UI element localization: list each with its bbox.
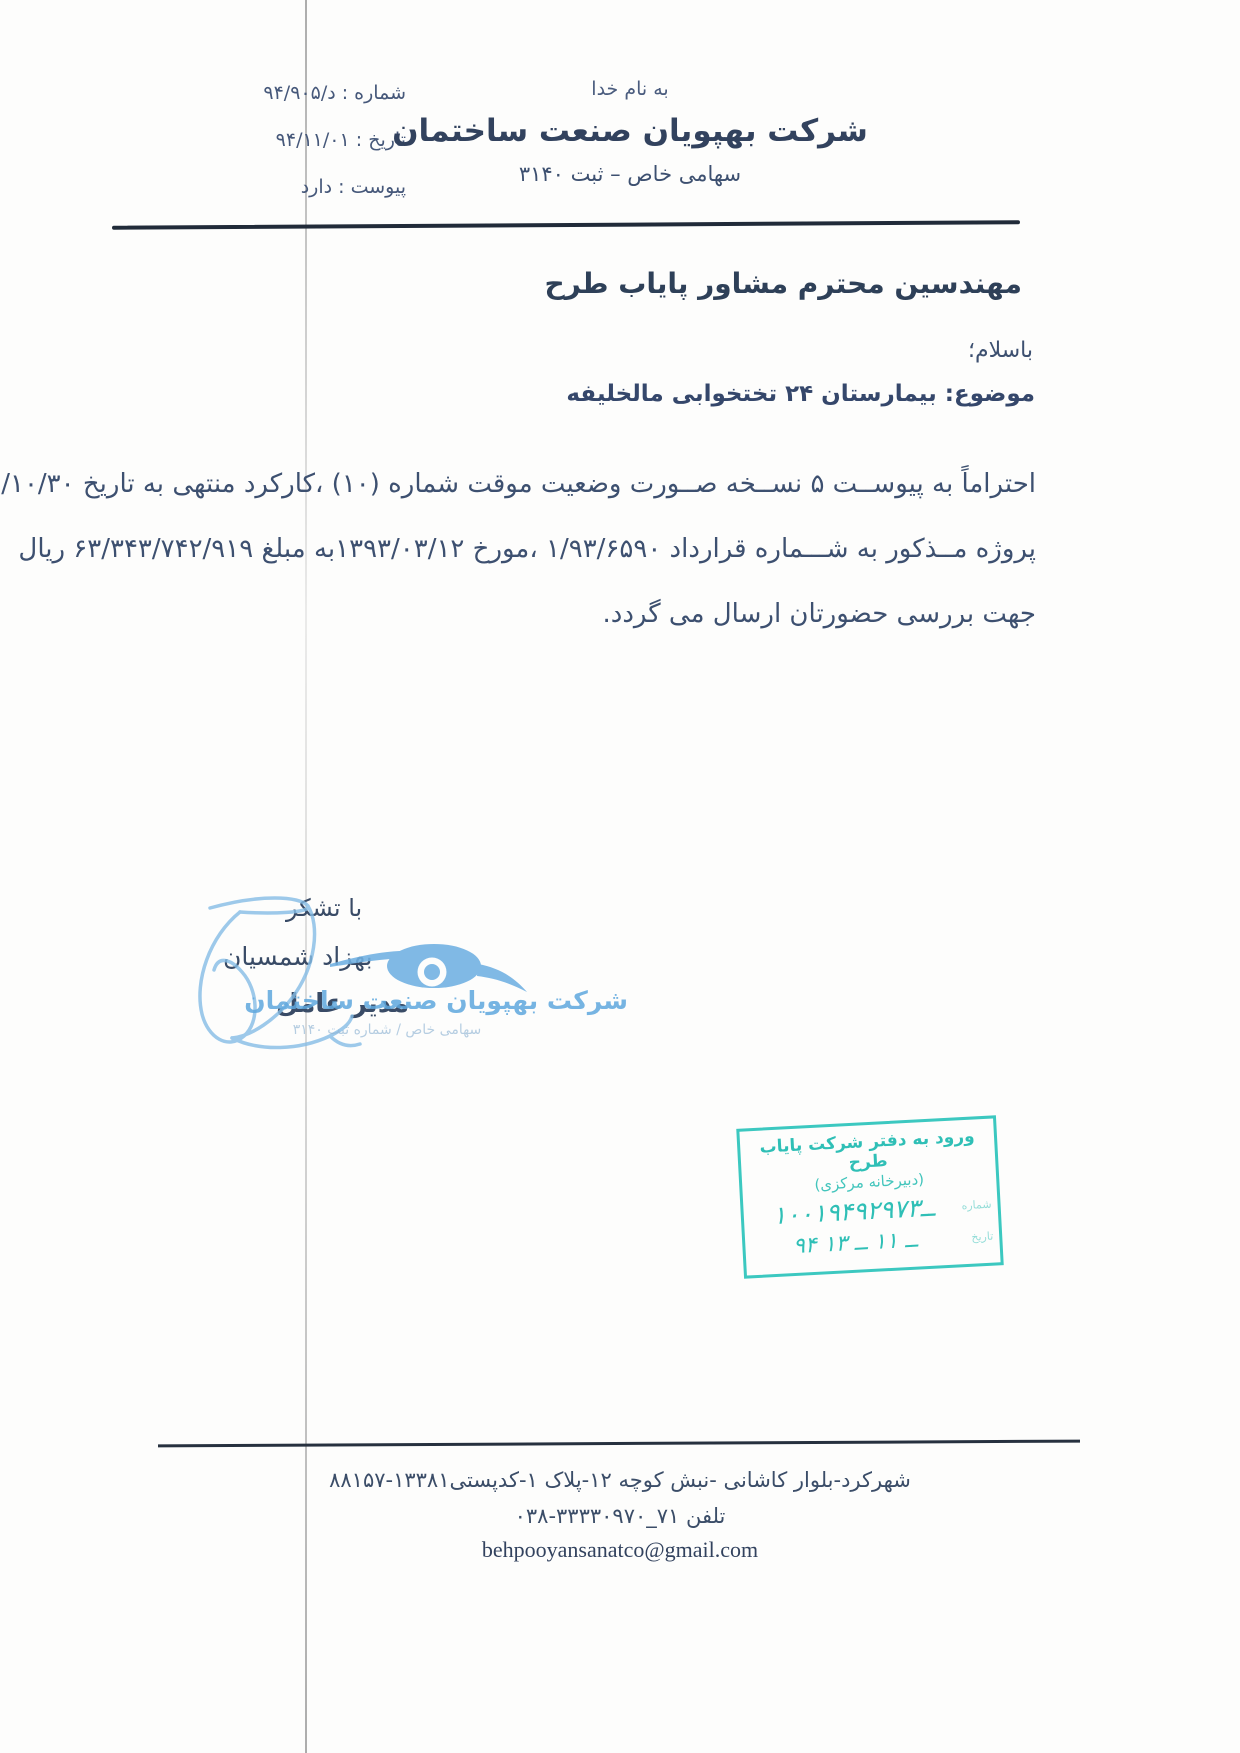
- salutation-text: باسلام؛: [968, 338, 1033, 363]
- letter-body: احتراماً به پیوســت ۵ نســخه صــورت وضعی…: [138, 452, 1036, 647]
- letter-meta-block: شماره : ۹۴/د/۹۰۵ تاریخ : ۹۴/۱۱/۰۱ پیوست …: [226, 82, 406, 223]
- entry-stamp-number-label: شماره: [957, 1198, 992, 1213]
- recipient-title: مهندسین محترم مشاور پایاب طرح: [545, 267, 1023, 300]
- footer-divider-line: [158, 1440, 1080, 1448]
- company-stamp-subtext: سهامی خاص / شماره ثبت ۳۱۴۰: [282, 1022, 492, 1038]
- letterhead: به نام خدا شرکت بهپویان صنعت ساختمان سها…: [388, 78, 872, 186]
- footer-phone: تلفن ۷۱_۳۳۳۳۰۹۷۰-۰۳۸: [170, 1504, 1070, 1528]
- body-line-2: پروژه مــذکور به شـــماره قرارداد ۱/۹۳/۶…: [138, 517, 1036, 582]
- letter-attachment-value: دارد: [301, 176, 332, 198]
- footer-email: behpooyansanatco@gmail.com: [170, 1537, 1070, 1563]
- body-line-3: جهت بررسی حضورتان ارسال می گردد.: [138, 582, 1036, 647]
- bismillah-text: به نام خدا: [388, 78, 872, 100]
- handwritten-signature: [180, 886, 395, 1076]
- company-name: شرکت بهپویان صنعت ساختمان: [388, 113, 872, 149]
- entry-stamp: ورود به دفتر شرکت پایاب طرح (دبیرخانه مر…: [736, 1115, 1003, 1278]
- company-registration: سهامی خاص – ثبت ۳۱۴۰: [388, 162, 872, 186]
- scanned-letter-page: شماره : ۹۴/د/۹۰۵ تاریخ : ۹۴/۱۱/۰۱ پیوست …: [0, 0, 1240, 1753]
- letter-number-value: ۹۴/د/۹۰۵: [263, 82, 335, 104]
- company-stamp-text: شرکت بهپویان صنعت ساختمان: [276, 986, 628, 1015]
- footer-block: شهرکرد-بلوار کاشانی -نبش کوچه ۱۲-پلاک ۱-…: [170, 1468, 1070, 1563]
- entry-stamp-date-label: تاریخ: [959, 1230, 994, 1245]
- entry-stamp-number-value: ۱۰۰۱۹۴ــ۹۲۹۷۳: [749, 1191, 958, 1231]
- letter-date-row: تاریخ : ۹۴/۱۱/۰۱: [226, 129, 406, 151]
- subject-line: موضوع: بیمارستان ۲۴ تختخوابی مالخلیفه: [566, 381, 1035, 407]
- letter-date-value: ۹۴/۱۱/۰۱: [276, 129, 350, 151]
- entry-stamp-date-value: ۹۴ ــ ۱۱ ــ ۱۳: [751, 1225, 960, 1261]
- letter-attachment-row: پیوست : دارد: [226, 176, 406, 198]
- body-line-1: احتراماً به پیوســت ۵ نســخه صــورت وضعی…: [138, 452, 1036, 517]
- letter-number-row: شماره : ۹۴/د/۹۰۵: [226, 82, 406, 104]
- footer-address: شهرکرد-بلوار کاشانی -نبش کوچه ۱۲-پلاک ۱-…: [170, 1468, 1070, 1492]
